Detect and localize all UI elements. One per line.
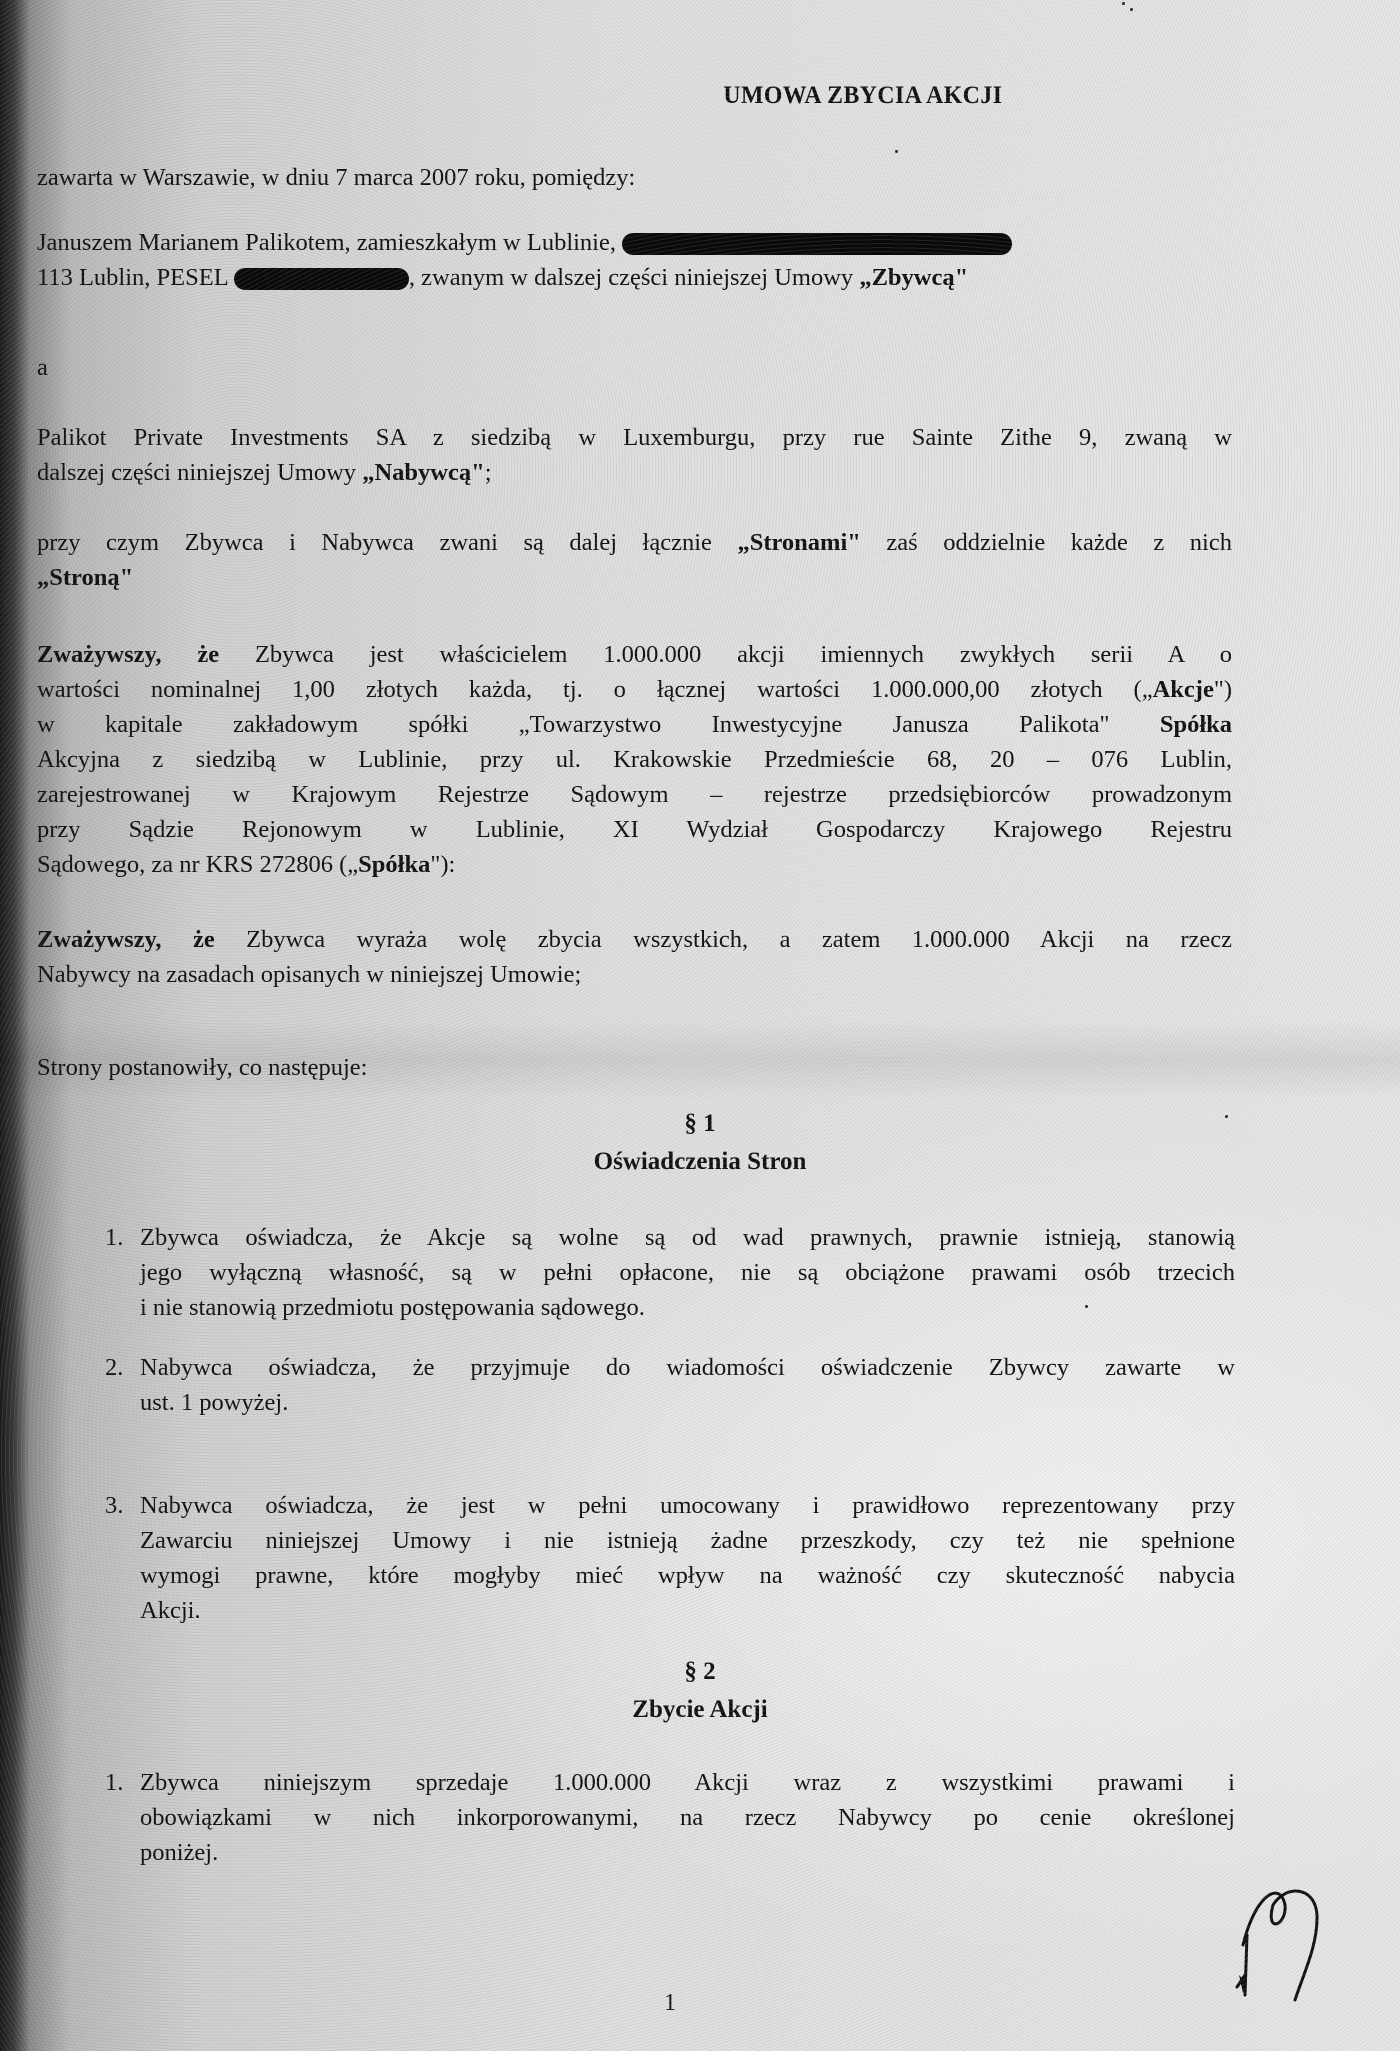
list-item-number: 2. bbox=[105, 1350, 135, 1385]
section-heading: Zbycie Akcji bbox=[0, 1696, 1400, 1724]
whereas-1-line: w kapitale zakładowym spółki „Towarzystw… bbox=[37, 707, 1232, 742]
redacted-pesel bbox=[234, 268, 409, 290]
intro-line: zawarta w Warszawie, w dniu 7 marca 2007… bbox=[37, 160, 1232, 195]
list-item-text: Zbywca niniejszym sprzedaje 1.000.000 Ak… bbox=[140, 1765, 1235, 1870]
page-number: 1 bbox=[664, 1990, 676, 2017]
whereas-1-line: wartości nominalnej 1,00 złotych każda, … bbox=[37, 672, 1232, 707]
section-number: § 2 bbox=[0, 1658, 1400, 1686]
list-item-number: 1. bbox=[105, 1220, 135, 1255]
scanned-page: UMOWA ZBYCIA AKCJI zawarta w Warszawie, … bbox=[0, 0, 1400, 2051]
party-2: Palikot Private Investments SA z siedzib… bbox=[37, 420, 1232, 490]
resolution-line: Strony postanowiły, co następuje: bbox=[37, 1050, 1232, 1085]
parties-clause: przy czym Zbywca i Nabywca zwani są dale… bbox=[37, 525, 1232, 595]
list-item-number: 1. bbox=[105, 1765, 135, 1800]
list-item-text: Nabywca oświadcza, że przyjmuje do wiado… bbox=[140, 1350, 1235, 1420]
redacted-address bbox=[622, 233, 1012, 255]
document-title: UMOWA ZBYCIA AKCJI bbox=[0, 78, 1010, 113]
section-heading: Oświadczenia Stron bbox=[0, 1148, 1400, 1176]
whereas-1-line: zarejestrowanej w Krajowym Rejestrze Sąd… bbox=[37, 777, 1232, 812]
whereas-clause-2: Zważywszy, że Zbywca wyraża wolę zbycia … bbox=[37, 922, 1232, 992]
whereas-clause-1: Zważywszy, że Zbywca jest właścicielem 1… bbox=[37, 637, 1232, 882]
list-item-text: Zbywca oświadcza, że Akcje są wolne są o… bbox=[140, 1220, 1235, 1325]
whereas-1-line: Zważywszy, że Zbywca jest właścicielem 1… bbox=[37, 637, 1232, 672]
signature-initials bbox=[1225, 1875, 1335, 2005]
list-item-text: Nabywca oświadcza, że jest w pełni umoco… bbox=[140, 1488, 1235, 1628]
whereas-1-line: Akcyjna z siedzibą w Lublinie, przy ul. … bbox=[37, 742, 1232, 777]
party-1: Januszem Marianem Palikotem, zamieszkały… bbox=[37, 225, 1232, 295]
whereas-1-line: przy Sądzie Rejonowym w Lublinie, XI Wyd… bbox=[37, 812, 1232, 847]
section-number: § 1 bbox=[0, 1110, 1400, 1138]
list-item-number: 3. bbox=[105, 1488, 135, 1523]
connector: a bbox=[37, 350, 1232, 385]
whereas-1-line: Sądowego, za nr KRS 272806 („Spółka"): bbox=[37, 847, 1232, 882]
